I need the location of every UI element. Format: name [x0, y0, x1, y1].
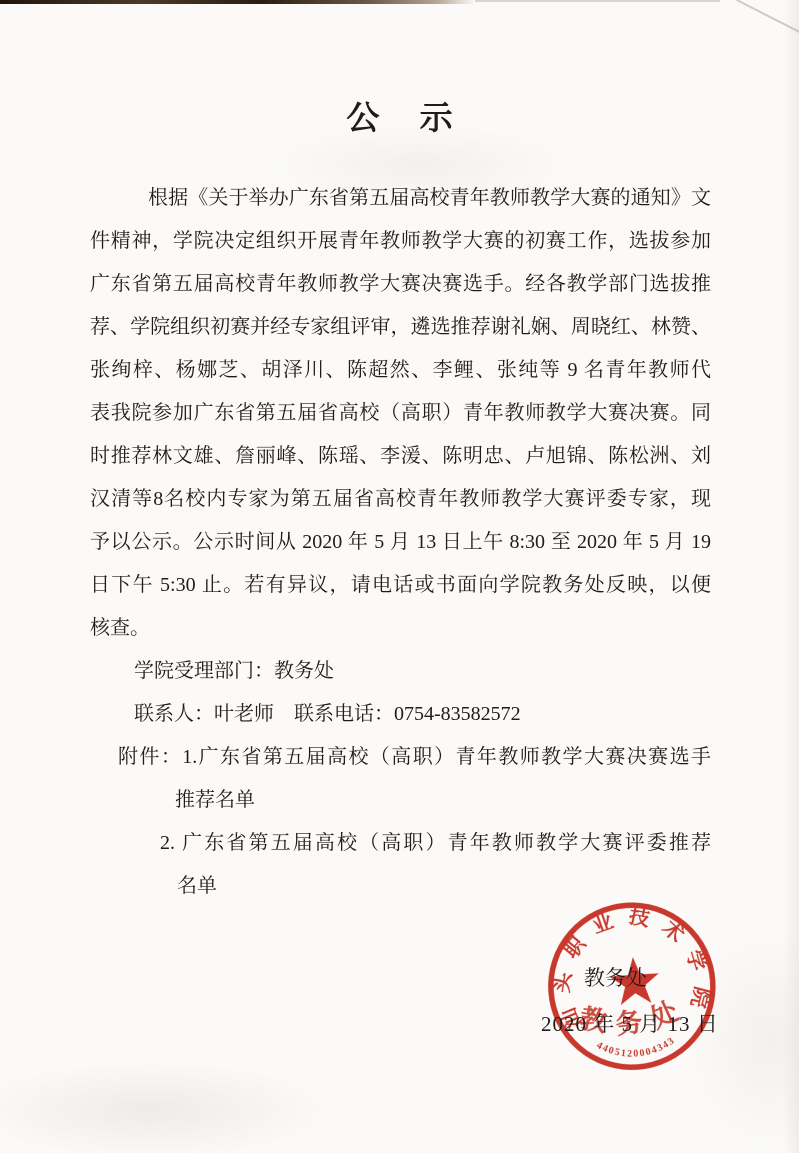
body-line-7: 时推荐林文雄、詹丽峰、陈瑶、李湲、陈明忠、卢旭锦、陈松洲、刘 — [90, 435, 711, 478]
signature-date: 2020 年 5 月 13 日 — [541, 1008, 719, 1038]
dept-line: 学院受理部门：教务处 — [90, 650, 711, 693]
scan-artifact-diagonal — [736, 0, 799, 43]
body-line-9: 予以公示。公示时间从 2020 年 5 月 13 日上午 8:30 至 2020… — [90, 521, 711, 564]
notice-title: 公 示 — [0, 92, 799, 139]
body-line-10: 日下午 5:30 止。若有异议，请电话或书面向学院教务处反映，以便 — [90, 564, 711, 607]
body-line-3: 广东省第五届高校青年教师教学大赛决赛选手。经各教学部门选拔推 — [90, 263, 711, 306]
body-line-11: 核查。 — [90, 607, 711, 650]
body-line-1: 根据《关于举办广东省第五届高校青年教师教学大赛的通知》文 — [90, 177, 711, 220]
body-line-8: 汉清等8名校内专家为第五届省高校青年教师教学大赛评委专家，现 — [90, 478, 711, 521]
body-line-4: 荐、学院组织初赛并经专家组评审，遴选推荐谢礼娴、周晓红、林赞、 — [90, 306, 711, 349]
notice-body: 根据《关于举办广东省第五届高校青年教师教学大赛的通知》文 件精神，学院决定组织开… — [90, 177, 711, 908]
attachment-line-2: 2. 广东省第五届高校（高职）青年教师教学大赛评委推荐 — [90, 822, 711, 865]
body-line-5: 张绚梓、杨娜芝、胡泽川、陈超然、李鲤、张纯等 9 名青年教师代 — [90, 349, 711, 392]
body-line-2: 件精神，学院决定组织开展青年教师教学大赛的初赛工作，选拔参加 — [90, 220, 711, 263]
attachment-line-1: 附件：1.广东省第五届高校（高职）青年教师教学大赛决赛选手 — [90, 736, 711, 779]
signature-department: 教务处 — [584, 962, 647, 992]
scan-artifact-top-band — [0, 0, 475, 4]
attachment-line-1-cont: 推荐名单 — [90, 779, 711, 822]
contact-line: 联系人：叶老师 联系电话：0754-83582572 — [90, 693, 711, 736]
scan-artifact-top-line — [475, 0, 720, 2]
body-line-6: 表我院参加广东省第五届省高校（高职）青年教师教学大赛决赛。同 — [90, 392, 711, 435]
scanned-notice-page: 公 示 根据《关于举办广东省第五届高校青年教师教学大赛的通知》文 件精神，学院决… — [0, 0, 799, 1153]
